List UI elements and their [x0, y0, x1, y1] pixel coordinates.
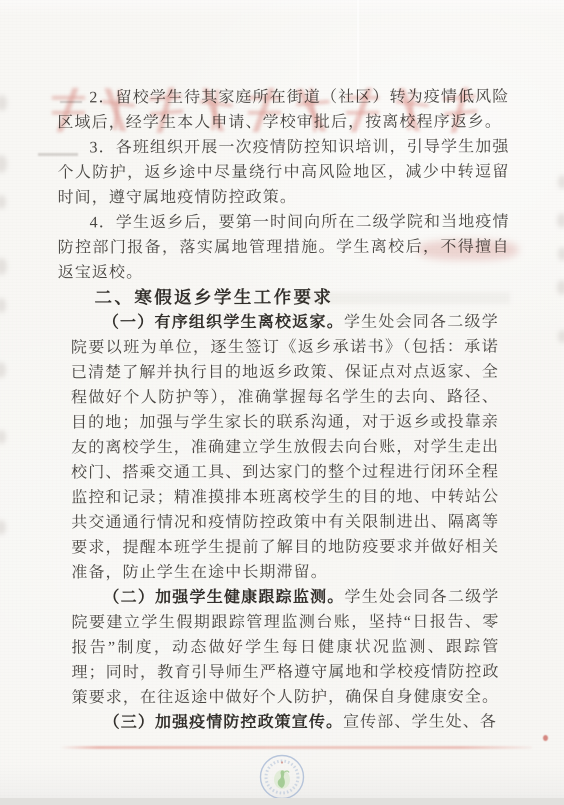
scan-artifact-pink-line [60, 746, 532, 749]
paragraph-3: 4．学生返乡后，要第一时间向所在二级学院和当地疫情防控部门报备，落实属地管理措施… [58, 210, 510, 286]
seal-top-mark [281, 761, 283, 763]
edge-smudge [557, 213, 564, 228]
edge-smudge [558, 247, 564, 261]
edge-smudge [0, 430, 6, 444]
text-run: 4．学生返乡后，要第一时间向所在二级学院和当地疫情防控部门报备，落实属地管理措施… [58, 214, 510, 282]
scan-artifact-red-dot [543, 735, 548, 741]
text-run: 宣传部、学生处、各 [343, 714, 497, 731]
institution-seal-watermark [258, 753, 306, 801]
edge-smudge [0, 362, 6, 378]
edge-smudge [0, 520, 6, 535]
paragraph-4: 二、寒假返乡学生工作要求 [58, 285, 510, 311]
bold-run: （二）加强学生健康跟踪监测。 [103, 589, 344, 607]
document-body: 2．留校学生待其家庭所在街道（社区）转为疫情低风险区域后，经学生本人申请、学校审… [57, 85, 510, 736]
paragraph-7: （三）加强疫情防控政策宣传。宣传部、学生处、各 [59, 710, 511, 736]
edge-smudge [0, 195, 6, 209]
text-run: 3．各班组织开展一次疫情防控知识培训，引导学生加强个人防护，返乡途中尽量绕行中高… [57, 139, 509, 207]
edge-smudge [558, 330, 564, 343]
edge-smudge [0, 298, 6, 313]
bold-run: （一）有序组织学生离校返家。 [103, 314, 344, 332]
edge-smudge [0, 258, 7, 275]
bold-run: 二、寒假返乡学生工作要求 [94, 287, 333, 308]
paragraph-5: （一）有序组织学生离校返家。学生处会同各二级学院要以班为单位，逐生签订《返乡承诺… [58, 310, 511, 586]
paragraph-6: （二）加强学生健康跟踪监测。学生处会同各二级学院要建立学生假期跟踪管理监测台账，… [58, 585, 510, 711]
text-run: 学生处会同各二级学院要以班为单位，逐生签订《返乡承诺书》（包括：承诺已清楚了解并… [71, 314, 499, 582]
scanned-document-page: 2．留校学生待其家庭所在街道（社区）转为疫情低风险区域后，经学生本人申请、学校审… [0, 0, 564, 805]
scan-edge-shadow [0, 798, 564, 805]
edge-smudge [0, 155, 7, 173]
bold-run: （三）加强疫情防控政策宣传。 [104, 714, 343, 732]
edge-smudge [0, 95, 7, 111]
edge-smudge [557, 280, 564, 295]
paragraph-1: 2．留校学生待其家庭所在街道（社区）转为疫情低风险区域后，经学生本人申请、学校审… [57, 85, 509, 136]
edge-smudge [558, 175, 564, 189]
paragraph-2: 3．各班组织开展一次疫情防控知识培训，引导学生加强个人防护，返乡途中尽量绕行中高… [57, 135, 509, 211]
text-run: 2．留校学生待其家庭所在街道（社区）转为疫情低风险区域后，经学生本人申请、学校审… [57, 89, 509, 132]
